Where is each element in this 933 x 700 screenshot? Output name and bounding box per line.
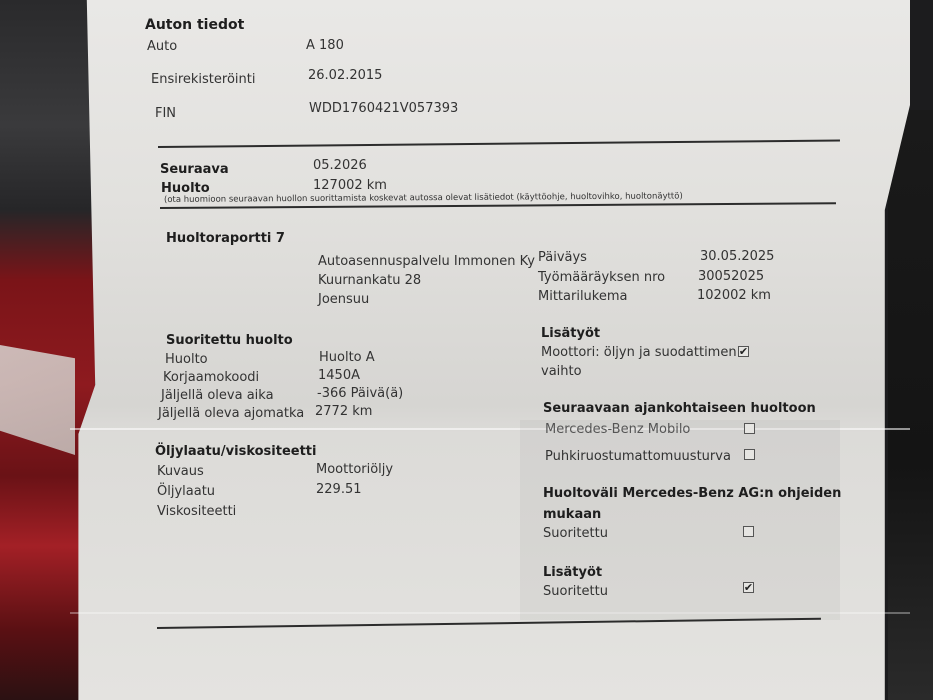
oil-value-quality: 229.51 xyxy=(316,482,362,497)
report-title: Huoltoraportti 7 xyxy=(166,231,285,246)
interval-done-checkbox[interactable] xyxy=(743,526,754,537)
interval-title-line2: mukaan xyxy=(543,507,601,522)
performed-label-distance: Jäljellä oleva ajomatka xyxy=(158,406,304,421)
checkmark-icon: ✔ xyxy=(744,582,753,593)
checkmark-icon: ✔ xyxy=(739,346,748,357)
workshop-name: Autoasennuspalvelu Immonen Ky xyxy=(318,254,535,269)
mobilo-label: Mercedes-Benz Mobilo xyxy=(545,422,690,437)
report-date-value: 30.05.2025 xyxy=(700,249,774,264)
performed-section-title: Suoritettu huolto xyxy=(166,333,293,348)
oil-label-description: Kuvaus xyxy=(157,464,204,479)
vehicle-label-auto: Auto xyxy=(147,39,177,54)
extra-work-checkbox[interactable]: ✔ xyxy=(738,346,749,357)
rust-warranty-label: Puhkiruostumattomuusturva xyxy=(545,449,731,464)
interval-done-label: Suoritettu xyxy=(543,526,608,541)
work-order-label: Työmääräyksen nro xyxy=(538,270,665,285)
odometer-value: 102002 km xyxy=(697,288,771,303)
extra-done-checkbox[interactable]: ✔ xyxy=(743,582,754,593)
workshop-city: Joensuu xyxy=(318,292,369,307)
oil-value-description: Moottoriöljy xyxy=(316,462,393,477)
next-service-date: 05.2026 xyxy=(313,158,367,173)
workshop-street: Kuurnankatu 28 xyxy=(318,273,421,288)
extra-done-label: Suoritettu xyxy=(543,584,608,599)
oil-label-quality: Öljylaatu xyxy=(157,484,215,499)
performed-value-code: 1450A xyxy=(318,368,360,383)
extra-done-title: Lisätyöt xyxy=(543,565,602,580)
performed-value-service: Huolto A xyxy=(319,350,375,365)
oil-label-viscosity: Viskositeetti xyxy=(157,504,236,519)
vehicle-section-title: Auton tiedot xyxy=(145,17,244,33)
vehicle-value-registration: 26.02.2015 xyxy=(308,68,382,83)
interval-title-line1: Huoltoväli Mercedes-Benz AG:n ohjeiden xyxy=(543,486,841,501)
rust-warranty-checkbox[interactable] xyxy=(744,449,755,460)
extra-work-item-line2: vaihto xyxy=(541,364,582,379)
performed-label-code: Korjaamokoodi xyxy=(163,370,259,385)
oil-section-title: Öljylaatu/viskositeetti xyxy=(155,444,316,459)
vehicle-label-fin: FIN xyxy=(155,106,176,121)
performed-label-service: Huolto xyxy=(165,352,208,367)
vehicle-value-auto: A 180 xyxy=(306,38,344,53)
performed-value-distance: 2772 km xyxy=(315,404,372,419)
mobilo-checkbox[interactable] xyxy=(744,423,755,434)
next-service-mileage: 127002 km xyxy=(313,178,387,193)
work-order-value: 30052025 xyxy=(698,269,764,284)
next-current-title: Seuraavaan ajankohtaiseen huoltoon xyxy=(543,401,816,416)
performed-value-time: -366 Päivä(ä) xyxy=(317,386,403,401)
next-service-label-1: Seuraava xyxy=(160,162,229,177)
vehicle-value-fin: WDD1760421V057393 xyxy=(309,101,458,116)
vehicle-label-registration: Ensirekisteröinti xyxy=(151,72,255,87)
extra-work-title: Lisätyöt xyxy=(541,326,600,341)
extra-work-item-line1: Moottori: öljyn ja suodattimen xyxy=(541,345,737,360)
performed-label-time: Jäljellä oleva aika xyxy=(161,388,274,403)
report-date-label: Päiväys xyxy=(538,250,587,265)
odometer-label: Mittarilukema xyxy=(538,289,628,304)
